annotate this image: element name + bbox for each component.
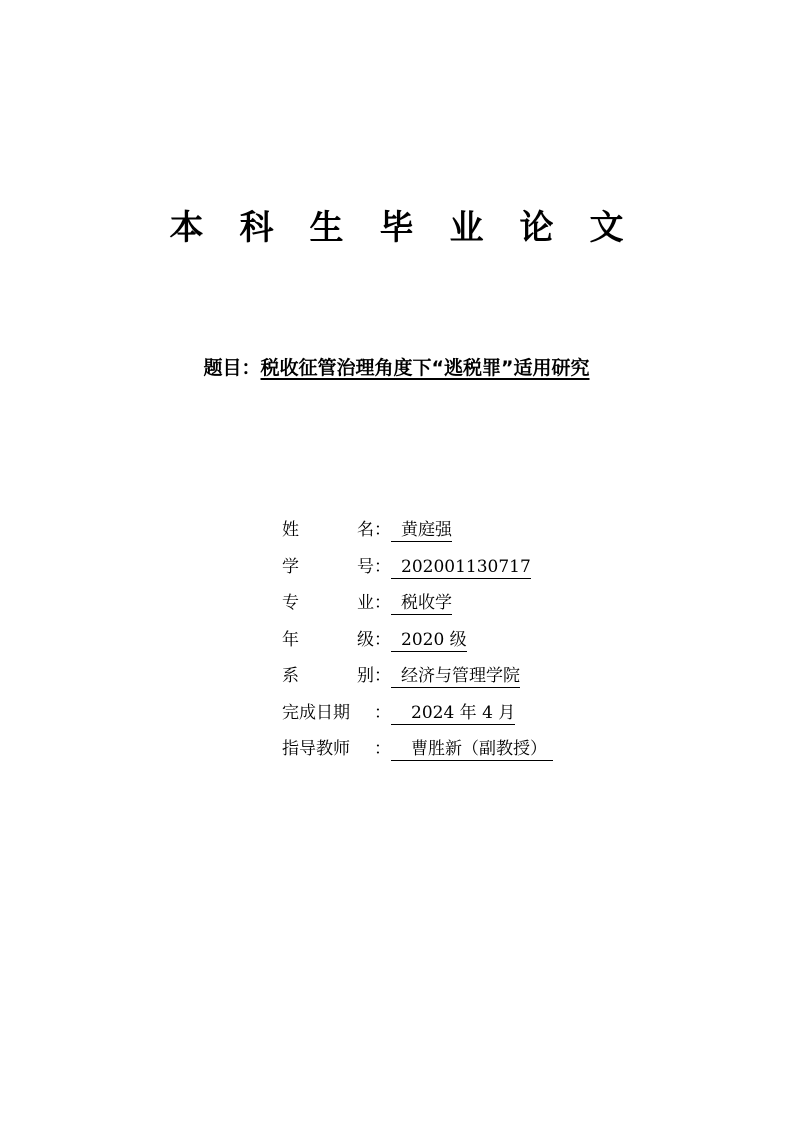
student-id-value: 202001130717 (391, 556, 531, 579)
heading-char: 文 (572, 208, 642, 248)
field-advisor: 指导教师 ： 曹胜新（副教授） (282, 731, 553, 768)
colon: ： (374, 731, 391, 768)
department-value: 经济与管理学院 (391, 665, 520, 688)
advisor-value: 曹胜新（副教授） (391, 738, 553, 761)
colon: ： (374, 695, 391, 732)
name-value: 黄庭强 (391, 519, 452, 542)
colon: ： (374, 512, 391, 549)
colon: ： (374, 585, 391, 622)
heading-char: 本 (152, 208, 222, 248)
field-grade: 年级 ： 2020 级 (282, 622, 553, 659)
major-value: 税收学 (391, 592, 452, 615)
field-name: 姓名 ： 黄庭强 (282, 512, 553, 549)
field-major: 专业 ： 税收学 (282, 585, 553, 622)
colon: ： (374, 549, 391, 586)
field-department: 系别 ： 经济与管理学院 (282, 658, 553, 695)
colon: ： (374, 658, 391, 695)
heading-char: 毕 (362, 208, 432, 248)
heading-char: 生 (292, 208, 362, 248)
grade-value: 2020 级 (391, 629, 467, 652)
field-student-id: 学号 ： 202001130717 (282, 549, 553, 586)
heading-char: 业 (432, 208, 502, 248)
completion-date-value: 2024 年 4 月 (391, 702, 515, 725)
field-completion-date: 完成日期 ： 2024 年 4 月 (282, 695, 553, 732)
colon: ： (374, 622, 391, 659)
title-value: 税收征管治理角度下“逃税罪”适用研究 (261, 357, 590, 379)
student-info: 姓名 ： 黄庭强 学号 ： 202001130717 专业 ： 税收学 年级 ：… (282, 512, 553, 768)
document-heading: 本科生毕业论文 (0, 206, 793, 250)
heading-char: 科 (222, 208, 292, 248)
thesis-title: 题目：税收征管治理角度下“逃税罪”适用研究 (0, 354, 793, 382)
heading-char: 论 (502, 208, 572, 248)
title-label: 题目： (204, 357, 261, 379)
